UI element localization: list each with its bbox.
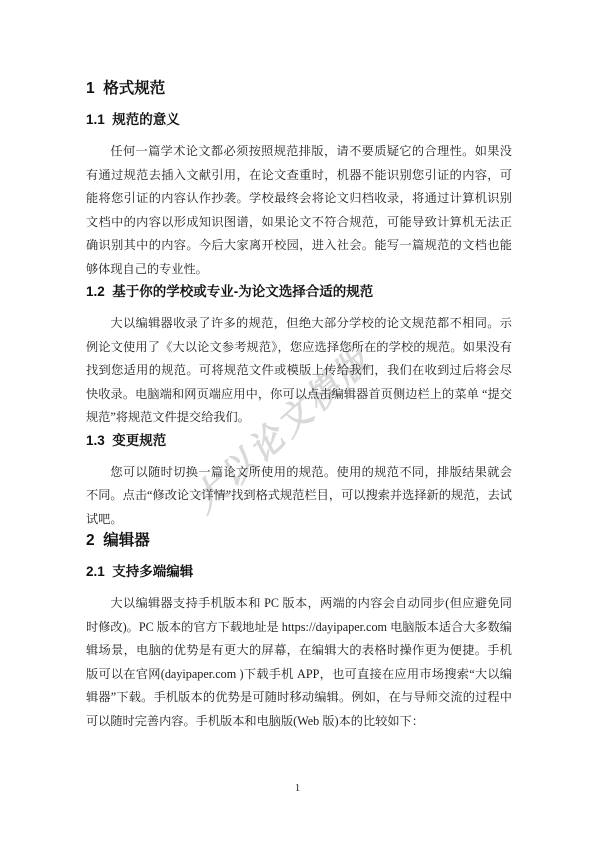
paragraph-1-2: 大以编辑器收录了许多的规范，但绝大部分学校的论文规范都不相同。示例论文使用了《大… (86, 312, 512, 430)
document-content: 1 格式规范 1.1 规范的意义 任何一篇学术论文都必须按照规范排版，请不要质疑… (86, 79, 512, 733)
heading-2-1-multi-device-editing: 2.1 支持多端编辑 (86, 563, 512, 581)
heading-1-1-meaning-of-spec: 1.1 规范的意义 (86, 111, 512, 129)
paragraph-1-1: 任何一篇学术论文都必须按照规范排版，请不要质疑它的合理性。如果没有通过规范去插入… (86, 140, 512, 281)
heading-1-2-choose-spec: 1.2 基于你的学校或专业-为论文选择合适的规范 (86, 283, 512, 301)
heading-section-1-format-spec: 1 格式规范 (86, 79, 512, 98)
heading-section-2-editor: 2 编辑器 (86, 531, 512, 550)
page-number: 1 (0, 783, 595, 794)
paragraph-1-3: 您可以随时切换一篇论文所使用的规范。使用的规范不同，排版结果就会不同。点击“修改… (86, 461, 512, 532)
paragraph-2-1: 大以编辑器支持手机版本和 PC 版本，两端的内容会自动同步(但应避免同时修改)。… (86, 592, 512, 733)
document-page: 大以论文模版 1 格式规范 1.1 规范的意义 任何一篇学术论文都必须按照规范排… (0, 0, 595, 842)
heading-1-3-change-spec: 1.3 变更规范 (86, 432, 512, 450)
